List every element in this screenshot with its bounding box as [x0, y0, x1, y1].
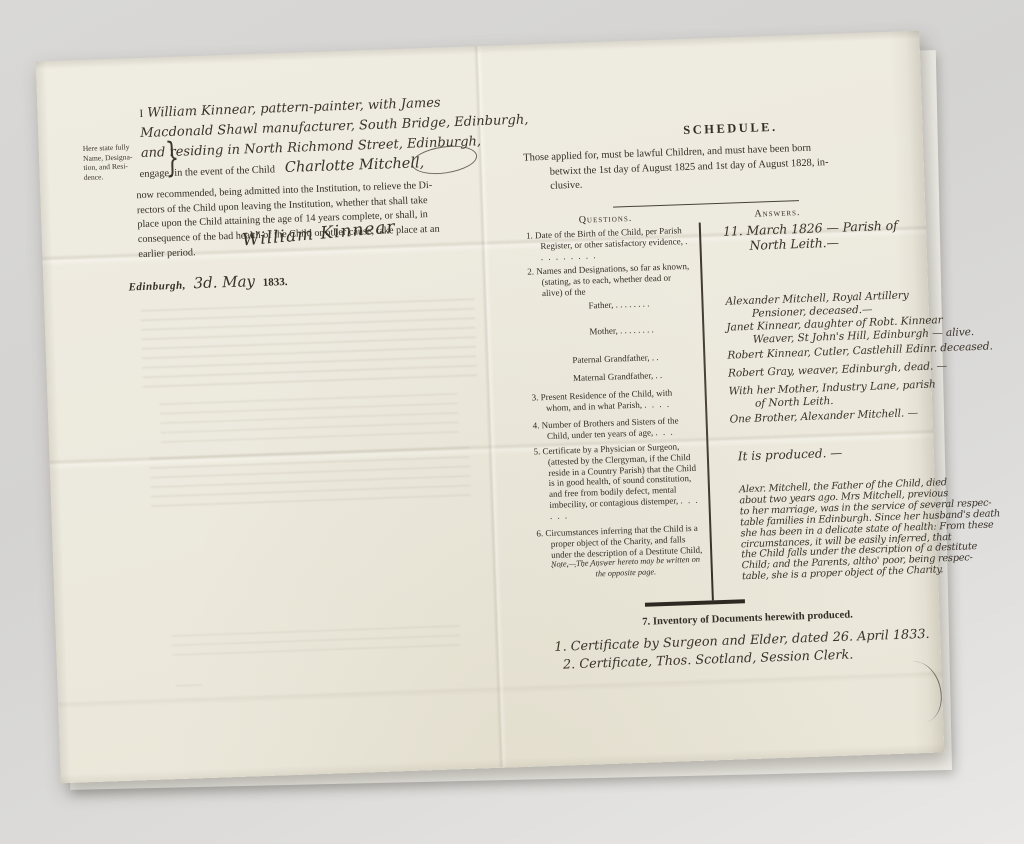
dot-leader: . . . — [655, 426, 674, 437]
dateline-year: 1833. — [263, 276, 288, 289]
child-name: Charlotte Mitchell, — [285, 155, 425, 176]
answer-line: Robert Gray, weaver, Edinburgh, dead. — — [728, 360, 947, 381]
opening-prefix: I — [139, 108, 143, 120]
dot-leader: . . — [652, 352, 659, 362]
question-number: 2. — [527, 266, 534, 276]
relation-label-text: Maternal Grandfather, — [573, 370, 653, 383]
ink-showthrough — [160, 393, 459, 447]
dot-leader: . . — [655, 370, 662, 380]
answers-header: Answers. — [707, 205, 847, 221]
dateline: Edinburgh, 3d. May 1833. — [128, 271, 288, 295]
ink-showthrough — [172, 625, 461, 663]
question-body: Date of the Birth of the Child, per Pari… — [535, 225, 683, 251]
intro-paragraph: Those applied for, must be lawful Childr… — [523, 138, 904, 195]
question-body: Circumstances inferring that the Child i… — [545, 523, 702, 560]
ink-showthrough — [150, 447, 472, 510]
question-number: 4. — [532, 420, 539, 430]
dot-leader: . . . . — [644, 398, 671, 409]
dateline-handwritten: 3d. May — [193, 272, 255, 292]
relation-label-text: Father, — [588, 300, 613, 311]
question-body: Names and Designations, so far as known,… — [536, 261, 689, 298]
question-body: Certificate by a Physician or Surgeon, (… — [542, 441, 696, 510]
question-number: 1. — [526, 230, 533, 240]
question-text: 2. Names and Designations, so far as kno… — [521, 261, 694, 299]
question-text: 5. Certificate by a Physician or Surgeon… — [527, 441, 702, 523]
dot-leader: . . . . . . . . — [620, 324, 654, 335]
note-text: Note.—The Answer hereto may be written o… — [545, 555, 706, 582]
document-paper: Here state fully Name, Designa- tion, an… — [36, 31, 945, 783]
relation-label-text: Paternal Grandfather, — [572, 352, 649, 365]
question-number: 5. — [533, 446, 540, 456]
body-paragraph: now recommended, being admitted into the… — [136, 177, 482, 262]
answer-cell: 11. March 1826 — Parish of North Leith.— — [692, 217, 919, 257]
questions-answers-table: Questions. Answers. 1. Date of the Birth… — [519, 203, 930, 609]
inventory-list: 1. Certificate by Surgeon and Elder, dat… — [554, 626, 930, 674]
question-number: 3. — [532, 392, 539, 402]
answer-cell: Alexr. Mitchell, the Father of the Child… — [739, 478, 942, 583]
intro-rule — [613, 200, 799, 208]
pen-arc-flourish-icon — [889, 657, 948, 728]
ink-showthrough — [176, 684, 202, 694]
question-number: 6. — [536, 528, 543, 538]
dot-leader: . . . . . . . . — [615, 298, 649, 309]
relation-label-text: Mother, — [589, 325, 618, 336]
page-left: Here state fully Name, Designa- tion, an… — [36, 46, 503, 783]
question-text: 4. Number of Brothers and Sisters of the… — [527, 415, 700, 443]
question-text: 1. Date of the Birth of the Child, per P… — [520, 225, 693, 263]
ink-showthrough — [140, 298, 477, 390]
engage-printed: engage, in the event of the Child — [139, 164, 275, 180]
relation-label: Maternal Grandfather, . . — [525, 369, 697, 388]
dateline-place: Edinburgh, — [128, 280, 186, 294]
relation-label: Mother, . . . . . . . . — [523, 323, 696, 355]
page-right: SCHEDULE. Those applied for, must be law… — [477, 31, 944, 768]
question-text: 3. Present Residence of the Child, with … — [526, 387, 699, 419]
